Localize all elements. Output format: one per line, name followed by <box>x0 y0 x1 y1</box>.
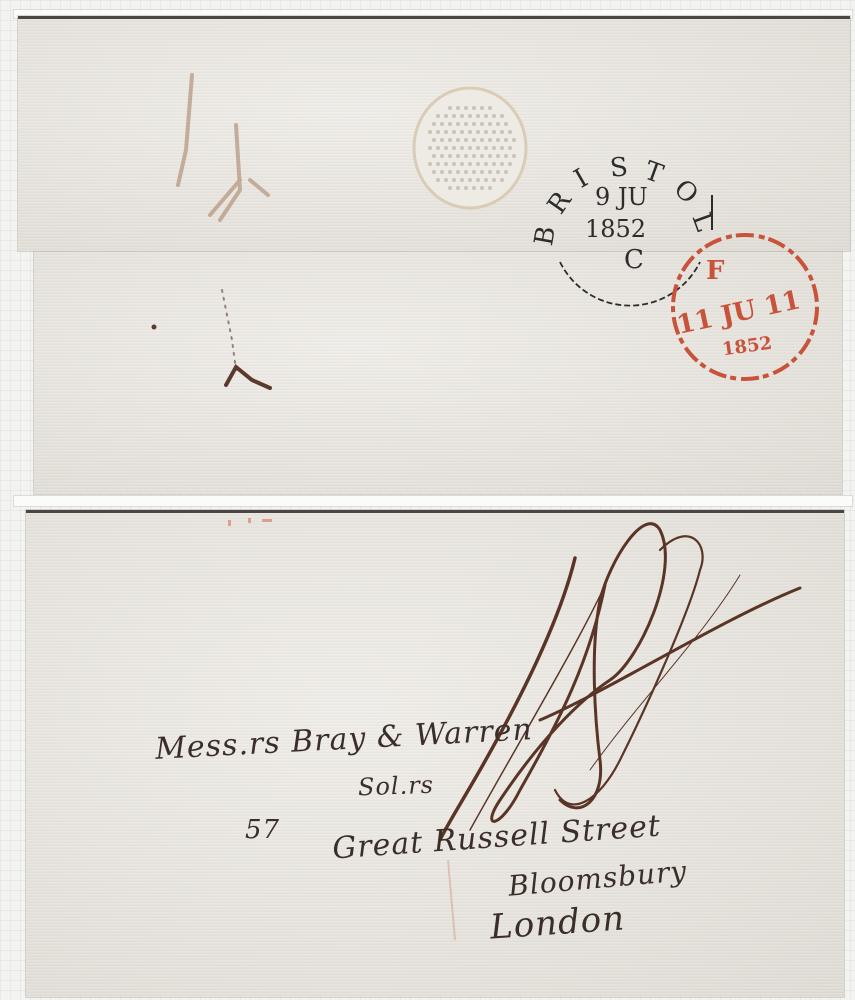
album-mount-strip-middle <box>14 496 852 506</box>
bristol-postmark-code: C <box>624 245 644 275</box>
postmark-letter: L <box>686 209 720 235</box>
address-house-number: 57 <box>245 815 280 845</box>
postmark-letter: I <box>569 163 593 194</box>
bristol-postmark-date: 9 JU <box>595 183 648 211</box>
london-postmark-letter: F <box>706 256 724 286</box>
cover-back-flap <box>18 16 850 251</box>
address-title: Sol.rs <box>358 771 435 802</box>
postmark-letter: R <box>542 186 578 219</box>
cover-front-panel <box>26 510 844 997</box>
postmark-letter: O <box>667 174 703 210</box>
bristol-postmark-year: 1852 <box>585 215 646 243</box>
postmark-letter: S <box>609 153 629 184</box>
